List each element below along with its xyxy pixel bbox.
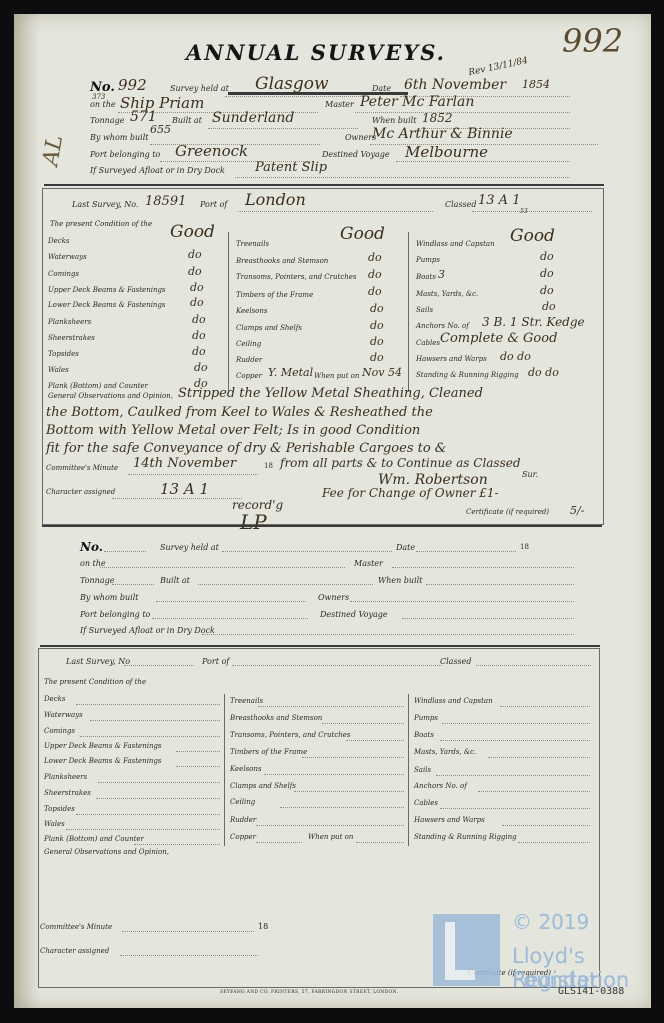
survey2-windlass-label: Windlass and Capstan: [414, 697, 493, 705]
date-value: 6th November: [404, 77, 506, 93]
transoms-label: Transoms, Pointers, and Crutches: [236, 273, 357, 281]
survey2-sheerstrakes-label: Sheerstrakes: [44, 789, 91, 797]
sheerstrakes-label: Sheerstrakes: [48, 334, 95, 342]
survey2-port-of-label: Port of: [202, 657, 229, 666]
observations-label: General Observations and Opinion,: [48, 392, 173, 400]
committee-minute-label: Committee's Minute: [46, 464, 118, 472]
survey2-planksheers-label: Planksheers: [44, 773, 87, 781]
when-built-value: 1852: [422, 111, 453, 125]
date-label: Date: [372, 84, 391, 93]
survey2-sails-label: Sails: [414, 766, 431, 774]
observations-line-5: from all parts & to Continue as Classed: [280, 456, 521, 470]
lr-logo-icon: [433, 914, 500, 986]
section-divider: [44, 184, 604, 186]
observations-line-2: the Bottom, Caulked from Keel to Wales &…: [46, 405, 433, 420]
survey2-topsides-label: Topsides: [44, 805, 75, 813]
survey2-condition-intro: The present Condition of the: [44, 678, 146, 686]
last-survey-label: Last Survey, No.: [72, 200, 138, 209]
survey2-when-put-on-label: When put on: [308, 833, 353, 841]
survey2-date-year: 18: [520, 543, 529, 551]
survey2-breasthooks-label: Breasthooks and Stemson: [230, 714, 322, 722]
survey2-master-label: Master: [354, 559, 383, 568]
hawsers-label: Hawsers and Warps: [416, 355, 487, 363]
date-year: 1854: [522, 78, 550, 91]
tonnage-sub: 655: [150, 123, 171, 136]
clamps-label: Clamps and Shelfs: [236, 324, 302, 332]
sails-value: do: [542, 300, 556, 313]
survey2-no-label: No.: [80, 540, 103, 554]
surveyor-suffix: Sur.: [522, 470, 538, 479]
by-whom-built-label: By whom built: [90, 133, 149, 142]
survey2-character-label: Character assigned: [40, 947, 109, 955]
survey2-decks-label: Decks: [44, 695, 66, 703]
classed-value: 13 A 1: [478, 193, 520, 208]
comings-label: Comings: [48, 270, 79, 278]
on-the-label: on the: [90, 100, 116, 109]
survey2-committee-minute-label: Committee's Minute: [40, 923, 112, 931]
tonnage-label: Tonnage: [90, 116, 124, 125]
last-survey-port-value: London: [245, 190, 306, 209]
margin-note: AL: [38, 133, 68, 167]
survey2-rudder-label: Rudder: [230, 816, 256, 824]
rigging-value: do do: [528, 366, 559, 379]
survey2-ceiling-label: Ceiling: [230, 798, 255, 806]
port-belonging-label: Port belonging to: [90, 150, 160, 159]
survey2-lower-deck-label: Lower Deck Beams & Fastenings: [44, 757, 162, 765]
character-assigned-label: Character assigned: [46, 488, 115, 496]
upper-deck-beams-label: Upper Deck Beams & Fastenings: [48, 286, 166, 294]
comings-value: do: [188, 265, 202, 278]
decks-value: Good: [170, 222, 215, 242]
destined-voyage-value: Melbourne: [405, 143, 488, 161]
survey2-treenails-label: Treenails: [230, 697, 263, 705]
certificate-label: Certificate (if required): [466, 508, 549, 516]
survey2-comings-label: Comings: [44, 727, 75, 735]
master-value: Peter Mc Farlan: [360, 94, 474, 110]
planksheers-value: do: [192, 313, 206, 326]
decks-label: Decks: [48, 237, 70, 245]
survey2-tonnage-label: Tonnage: [80, 576, 114, 585]
treenails-label: Treenails: [236, 240, 269, 248]
survey2-hawsers-label: Hawsers and Warps: [414, 816, 485, 824]
timbers-value: do: [368, 285, 382, 298]
survey2-boats-label: Boats: [414, 731, 434, 739]
breasthooks-value: do: [368, 251, 382, 264]
port-belonging-value: Greenock: [175, 142, 248, 160]
survey2-date-label: Date: [396, 543, 415, 552]
afloat-value: Patent Slip: [255, 160, 327, 175]
survey2-observations-label: General Observations and Opinion,: [44, 848, 169, 856]
surveyor-signature: Wm. Robertson: [378, 472, 488, 488]
document-title: ANNUAL SURVEYS.: [186, 40, 446, 65]
survey1-no-value: 992: [118, 76, 147, 94]
rudder-value: do: [370, 351, 384, 364]
copper-label: Copper: [236, 372, 262, 380]
upper-deck-beams-value: do: [190, 281, 204, 294]
ceiling-value: do: [370, 335, 384, 348]
keelsons-label: Keelsons: [236, 307, 267, 315]
boats-value: do: [540, 267, 554, 280]
pumps-value: do: [540, 250, 554, 263]
when-put-on-value: Nov 54: [362, 366, 402, 379]
masts-label: Masts, Yards, &c.: [416, 290, 478, 298]
when-put-on-label: When put on: [314, 372, 359, 380]
windlass-value: Good: [510, 226, 555, 246]
survey-held-at-label: Survey held at: [170, 84, 229, 93]
classed-label: Classed: [445, 200, 477, 209]
cables-label: Cables: [416, 339, 440, 347]
topsides-label: Topsides: [48, 350, 79, 358]
ceiling-label: Ceiling: [236, 340, 261, 348]
observations-line-1: Stripped the Yellow Metal Sheathing, Cle…: [178, 386, 483, 401]
wales-value: do: [194, 361, 208, 374]
survey2-destined-voyage-label: Destined Voyage: [320, 610, 388, 619]
rudder-label: Rudder: [236, 356, 262, 364]
afloat-label: If Surveyed Afloat or in Dry Dock: [90, 166, 225, 175]
built-at-value: Sunderland: [212, 110, 294, 126]
lower-deck-beams-value: do: [190, 296, 204, 309]
survey2-when-built-label: When built: [378, 576, 422, 585]
lower-deck-beams-label: Lower Deck Beams & Fastenings: [48, 301, 166, 309]
sheerstrakes-value: do: [192, 329, 206, 342]
survey2-wales-label: Wales: [44, 820, 65, 828]
waterways-value: do: [188, 248, 202, 261]
observations-line-3: Bottom with Yellow Metal over Felt; Is i…: [46, 423, 420, 438]
masts-value: do: [540, 284, 554, 297]
survey2-timbers-label: Timbers of the Frame: [230, 748, 307, 756]
survey2-last-survey-label: Last Survey, No: [66, 657, 130, 666]
clamps-value: do: [370, 319, 384, 332]
survey2-classed-label: Classed: [440, 657, 472, 666]
survey2-keelsons-label: Keelsons: [230, 765, 261, 773]
survey2-transoms-label: Transoms, Pointers, and Crutches: [230, 731, 351, 739]
certificate-value: 5/-: [570, 504, 584, 517]
survey2-upper-deck-label: Upper Deck Beams & Fastenings: [44, 742, 162, 750]
survey2-committee-minute-year: 18: [258, 922, 268, 931]
survey2-waterways-label: Waterways: [44, 711, 83, 719]
plank-bottom-label: Plank (Bottom) and Counter: [48, 382, 148, 390]
keelsons-value: do: [370, 302, 384, 315]
owners-value: Mc Arthur & Binnie: [372, 126, 513, 142]
survey2-pumps-label: Pumps: [414, 714, 438, 722]
boats-label: Boats: [416, 273, 436, 281]
copper-value: Y. Metal: [268, 366, 313, 379]
last-survey-port-label: Port of: [200, 200, 227, 209]
survey2-cables-label: Cables: [414, 799, 438, 807]
wales-label: Wales: [48, 366, 69, 374]
built-at-label: Built at: [172, 116, 202, 125]
breasthooks-label: Breasthooks and Stemson: [236, 257, 328, 265]
page-number-handwritten: 992: [562, 22, 623, 60]
survey2-anchors-label: Anchors No. of: [414, 782, 467, 790]
cables-value: Complete & Good: [440, 331, 557, 346]
anchors-label: Anchors No. of: [416, 322, 469, 330]
survey2-copper-label: Copper: [230, 833, 256, 841]
fee-note: Fee for Change of Owner £1-: [322, 486, 499, 500]
survey2-owners-label: Owners: [318, 593, 349, 602]
boats-count: 3: [438, 268, 445, 281]
pumps-label: Pumps: [416, 256, 440, 264]
transoms-value: do: [368, 268, 382, 281]
windlass-label: Windlass and Capstan: [416, 240, 495, 248]
rigging-label: Standing & Running Rigging: [416, 371, 519, 379]
survey2-plank-bottom-label: Plank (Bottom) and Counter: [44, 835, 144, 843]
committee-minute-value: 14th November: [133, 456, 236, 471]
hawsers-value: do do: [500, 350, 531, 363]
topsides-value: do: [192, 345, 206, 358]
survey2-afloat-label: If Surveyed Afloat or in Dry Dock: [80, 626, 215, 635]
survey2-masts-label: Masts, Yards, &c.: [414, 748, 476, 756]
condition-intro: The present Condition of the: [50, 220, 152, 228]
section-divider: [42, 525, 602, 527]
waterways-label: Waterways: [48, 253, 87, 261]
anchors-value: 3 B. 1 Str. Kedge: [482, 315, 585, 329]
survey2-clamps-label: Clamps and Shelfs: [230, 782, 296, 790]
survey2-port-belonging-label: Port belonging to: [80, 610, 150, 619]
survey2-condition-box: [38, 648, 600, 988]
sails-label: Sails: [416, 306, 433, 314]
printer-imprint: SEYFANG AND CO. PRINTERS, 57, FARRINGDON…: [220, 990, 398, 995]
timbers-label: Timbers of the Frame: [236, 291, 313, 299]
watermark-copyright: © 2019: [512, 910, 589, 934]
initials-signature: LP: [240, 510, 267, 534]
survey2-by-whom-label: By whom built: [80, 593, 139, 602]
treenails-value: Good: [340, 224, 385, 244]
watermark-org-line2: Foundation: [512, 968, 629, 992]
last-survey-value: 18591: [145, 194, 186, 209]
destined-voyage-label: Destined Voyage: [322, 150, 390, 159]
observations-line-4: fit for the safe Conveyance of dry & Per…: [46, 441, 446, 456]
survey-held-at-value: Glasgow: [255, 74, 329, 94]
when-built-label: When built: [372, 116, 416, 125]
master-label: Master: [325, 100, 354, 109]
survey2-built-at-label: Built at: [160, 576, 190, 585]
section-divider: [40, 645, 600, 647]
committee-minute-year: 18: [264, 462, 273, 470]
survey2-rigging-label: Standing & Running Rigging: [414, 833, 517, 841]
character-assigned-value: 13 A 1: [160, 480, 209, 498]
survey2-held-at-label: Survey held at: [160, 543, 219, 552]
planksheers-label: Planksheers: [48, 318, 91, 326]
